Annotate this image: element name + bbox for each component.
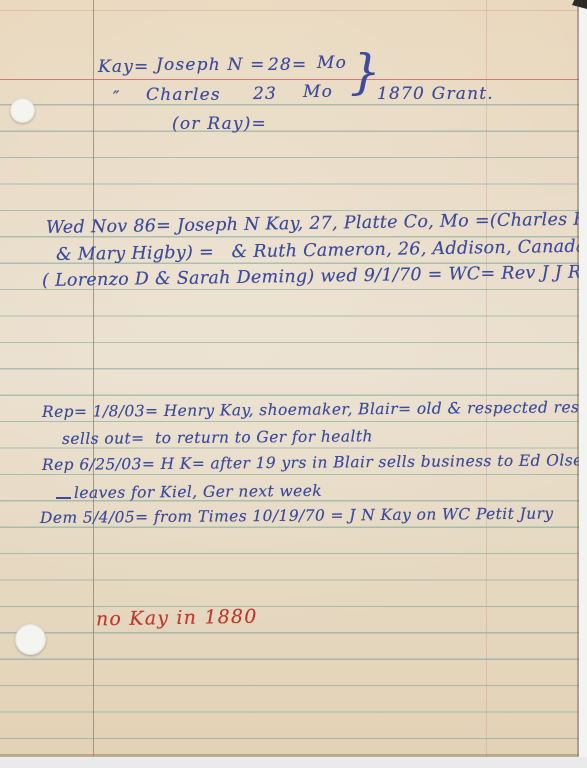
header-state-2: Mo — [303, 82, 333, 102]
left-margin-line — [93, 0, 94, 756]
scanner-background-right — [579, 0, 587, 768]
news-note-line-2: sells out= to return to Ger for health — [62, 427, 373, 448]
header-age-2: 23 — [253, 84, 277, 104]
header-surname: Kay= — [98, 57, 149, 77]
header-alias: (or Ray)= — [172, 114, 267, 134]
brace-glyph: } — [350, 48, 381, 96]
header-brace-note: 1870 Grant. — [377, 84, 494, 104]
hole-punch-bottom — [15, 624, 46, 655]
right-margin-line — [486, 0, 487, 756]
header-given-2: Charles — [146, 85, 221, 105]
header-given-1: Joseph N = — [156, 55, 266, 75]
header-age-1: 28= — [268, 55, 307, 75]
header-state-1: Mo — [317, 53, 347, 73]
news-note-line-4: leaves for Kiel, Ger next week — [74, 482, 322, 502]
red-ink-annotation: no Kay in 1880 — [96, 606, 258, 631]
red-header-rule — [0, 79, 579, 80]
hole-punch-top — [10, 98, 35, 123]
top-faint-rule — [0, 10, 579, 11]
header-ditto-mark: ″ — [113, 88, 121, 108]
document-scan: Kay= Joseph N = 28= Mo ″ Charles 23 Mo }… — [0, 0, 587, 768]
dash-mark — [56, 497, 71, 499]
scanner-background-bottom — [0, 757, 587, 768]
